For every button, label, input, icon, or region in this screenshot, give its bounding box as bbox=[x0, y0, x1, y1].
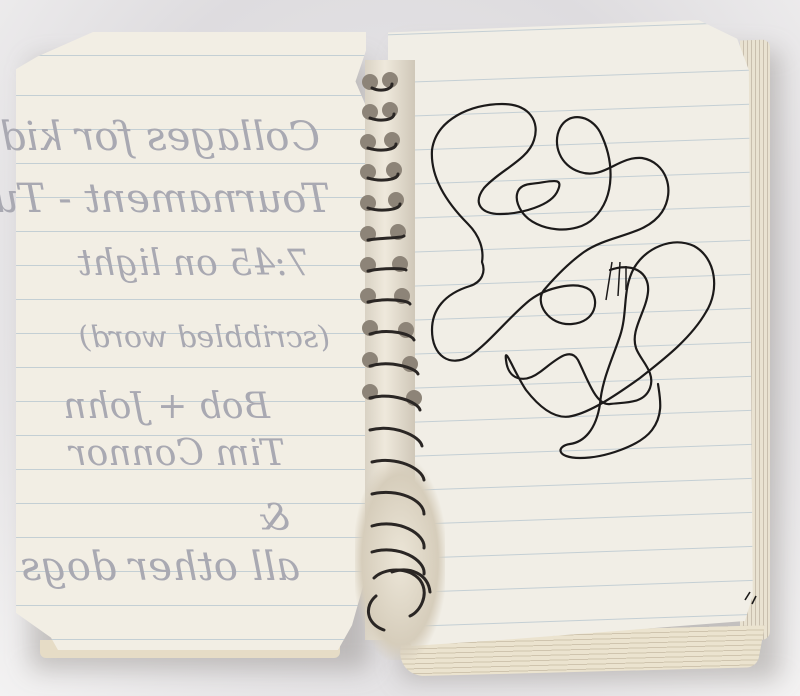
spiral-binding bbox=[0, 0, 800, 696]
notebook-photo: Collages for kids Tournament - Tuesdays … bbox=[0, 0, 800, 696]
